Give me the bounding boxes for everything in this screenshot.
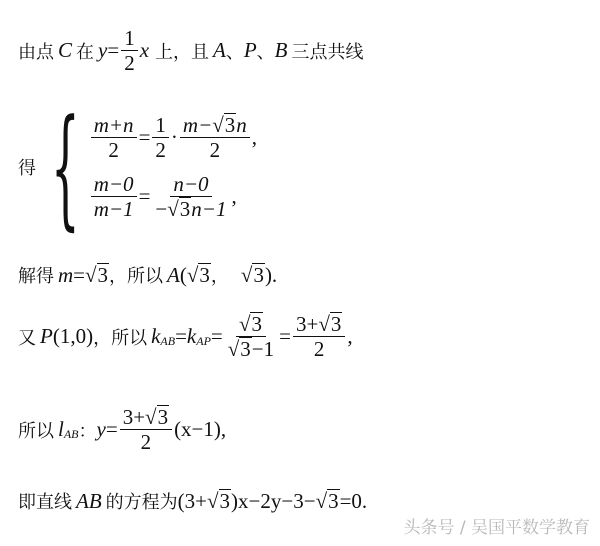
comma: , xyxy=(252,125,257,150)
subscript: AP xyxy=(196,334,211,349)
denominator: m−1 xyxy=(91,197,137,221)
text: ，所以 xyxy=(93,324,147,350)
text: 又 xyxy=(18,324,36,350)
denominator: 2 xyxy=(152,138,169,162)
fraction: 3+√3 2 xyxy=(293,312,345,361)
line-collinear-condition: 由点 C 在 y = 1 2 x 上，且 A 、 P 、 B 三点共线 xyxy=(18,26,364,75)
text: 所以 xyxy=(18,417,54,443)
var-m: m xyxy=(58,263,73,288)
sqrt: √3 xyxy=(316,489,340,514)
watermark: 头条号 / 吴国平数学教育 xyxy=(403,513,590,538)
fraction: 3+√3 2 xyxy=(120,405,172,454)
sqrt: √3 xyxy=(85,263,109,288)
radicand: 3 xyxy=(198,263,211,286)
line-point-slope: 所以 lAB ： y = 3+√3 2 (x−1), xyxy=(18,405,226,454)
numerator: m−0 xyxy=(91,172,137,197)
line-general-form: 即直线 AB 的方程为 (3+ √3 )x−2y−3− √3 =0. xyxy=(18,488,367,514)
point-a: A xyxy=(167,263,180,288)
point-a: A xyxy=(213,38,226,63)
denominator: √3−1 xyxy=(225,337,277,361)
radicand: 3 xyxy=(179,197,192,220)
sqrt: √3 xyxy=(187,263,211,288)
line-solution-m: 解得 m = √3 ，所以 A ( √3 ， √3 ). xyxy=(18,262,277,288)
dot: · xyxy=(171,125,178,150)
equation-system: 得 { m+n 2 = 1 2 · m−√3n 2 , m−0 xyxy=(18,102,257,232)
minus: − xyxy=(155,197,167,221)
comma: , xyxy=(231,184,236,209)
var-k: k xyxy=(187,324,196,349)
fraction: √3 √3−1 xyxy=(225,312,277,361)
term: −1 xyxy=(252,337,274,361)
equals: = xyxy=(211,324,223,349)
coords: (1,0) xyxy=(53,324,93,349)
fraction-half: 1 2 xyxy=(121,26,138,75)
equation-1: m+n 2 = 1 2 · m−√3n 2 , xyxy=(89,113,257,162)
fraction: m−0 m−1 xyxy=(91,172,137,221)
equals: = xyxy=(139,125,151,150)
denominator: 2 xyxy=(105,138,122,162)
term: (3+ xyxy=(178,489,207,514)
paren: ( xyxy=(180,263,187,288)
fraction: m−√3n 2 xyxy=(180,113,250,162)
colon: ： xyxy=(79,417,97,443)
denominator: 2 xyxy=(207,138,224,162)
denominator: −√3n−1 xyxy=(152,197,229,221)
sep: 、 xyxy=(226,38,244,64)
radicand: 3 xyxy=(157,405,170,428)
text: 上，且 xyxy=(155,38,209,64)
equals: = xyxy=(139,184,151,209)
denominator: 2 xyxy=(138,430,155,454)
radicand: 3 xyxy=(250,312,263,335)
equals: = xyxy=(175,324,187,349)
point-b: B xyxy=(275,38,288,63)
radicand: 3 xyxy=(330,312,343,335)
sqrt: √3 xyxy=(167,197,191,221)
term: )x−2y−3− xyxy=(231,489,316,514)
text: 三点共线 xyxy=(292,38,364,64)
term: =0. xyxy=(340,489,368,514)
text: ，所以 xyxy=(109,262,163,288)
text: 解得 xyxy=(18,262,54,288)
numerator: n−0 xyxy=(170,172,211,197)
point-p: P xyxy=(40,324,53,349)
text: 在 xyxy=(76,38,94,64)
radicand: 3 xyxy=(224,113,237,136)
text: 即直线 xyxy=(18,488,72,514)
equals: = xyxy=(106,417,118,442)
numerator: 3+√3 xyxy=(293,312,345,337)
text: 的方程为 xyxy=(106,488,178,514)
fraction: 1 2 xyxy=(152,113,169,162)
sep: 、 xyxy=(257,38,275,64)
paren: ). xyxy=(265,263,277,288)
term: 3+ xyxy=(123,405,145,429)
numerator: √3 xyxy=(236,312,266,337)
fraction: n−0 −√3n−1 xyxy=(152,172,229,221)
line-ab: AB xyxy=(76,489,102,514)
var-x: x xyxy=(140,38,149,63)
numerator: 1 xyxy=(152,113,169,138)
point-c: C xyxy=(58,38,72,63)
comma: , xyxy=(347,324,352,349)
equals: = xyxy=(279,324,291,349)
term: (x−1), xyxy=(174,417,226,442)
point-p: P xyxy=(244,38,257,63)
term: m− xyxy=(183,113,212,137)
var-y: y xyxy=(97,417,106,442)
numerator: 1 xyxy=(121,26,138,51)
radicand: 3 xyxy=(219,489,232,512)
sqrt: √3 xyxy=(207,489,231,514)
text: 由点 xyxy=(18,38,54,64)
var-k: k xyxy=(151,324,160,349)
sqrt: √3 xyxy=(241,263,265,288)
equals: = xyxy=(73,263,85,288)
subscript: AB xyxy=(64,427,79,442)
denominator: 2 xyxy=(121,51,138,75)
fraction: m+n 2 xyxy=(91,113,137,162)
radicand: 3 xyxy=(97,263,110,286)
radicand: 3 xyxy=(252,263,265,286)
line-slope: 又 P (1,0) ，所以 kAB = kAP = √3 √3−1 = 3+√3… xyxy=(18,312,353,361)
left-brace: { xyxy=(51,102,80,232)
term: 3+ xyxy=(296,312,318,336)
numerator: 3+√3 xyxy=(120,405,172,430)
sqrt: √3 xyxy=(212,113,236,137)
radicand: 3 xyxy=(327,489,340,512)
term: n−1 xyxy=(191,197,226,221)
radicand: 3 xyxy=(239,337,252,360)
comma: ， xyxy=(211,262,229,288)
term: n xyxy=(236,113,247,137)
equation-2: m−0 m−1 = n−0 −√3n−1 , xyxy=(89,172,257,221)
var-y: y xyxy=(98,38,107,63)
subscript: AB xyxy=(160,334,175,349)
numerator: m−√3n xyxy=(180,113,250,138)
denominator: 2 xyxy=(311,337,328,361)
numerator: m+n xyxy=(91,113,137,138)
equals: = xyxy=(107,38,119,63)
text-de: 得 xyxy=(18,154,36,180)
